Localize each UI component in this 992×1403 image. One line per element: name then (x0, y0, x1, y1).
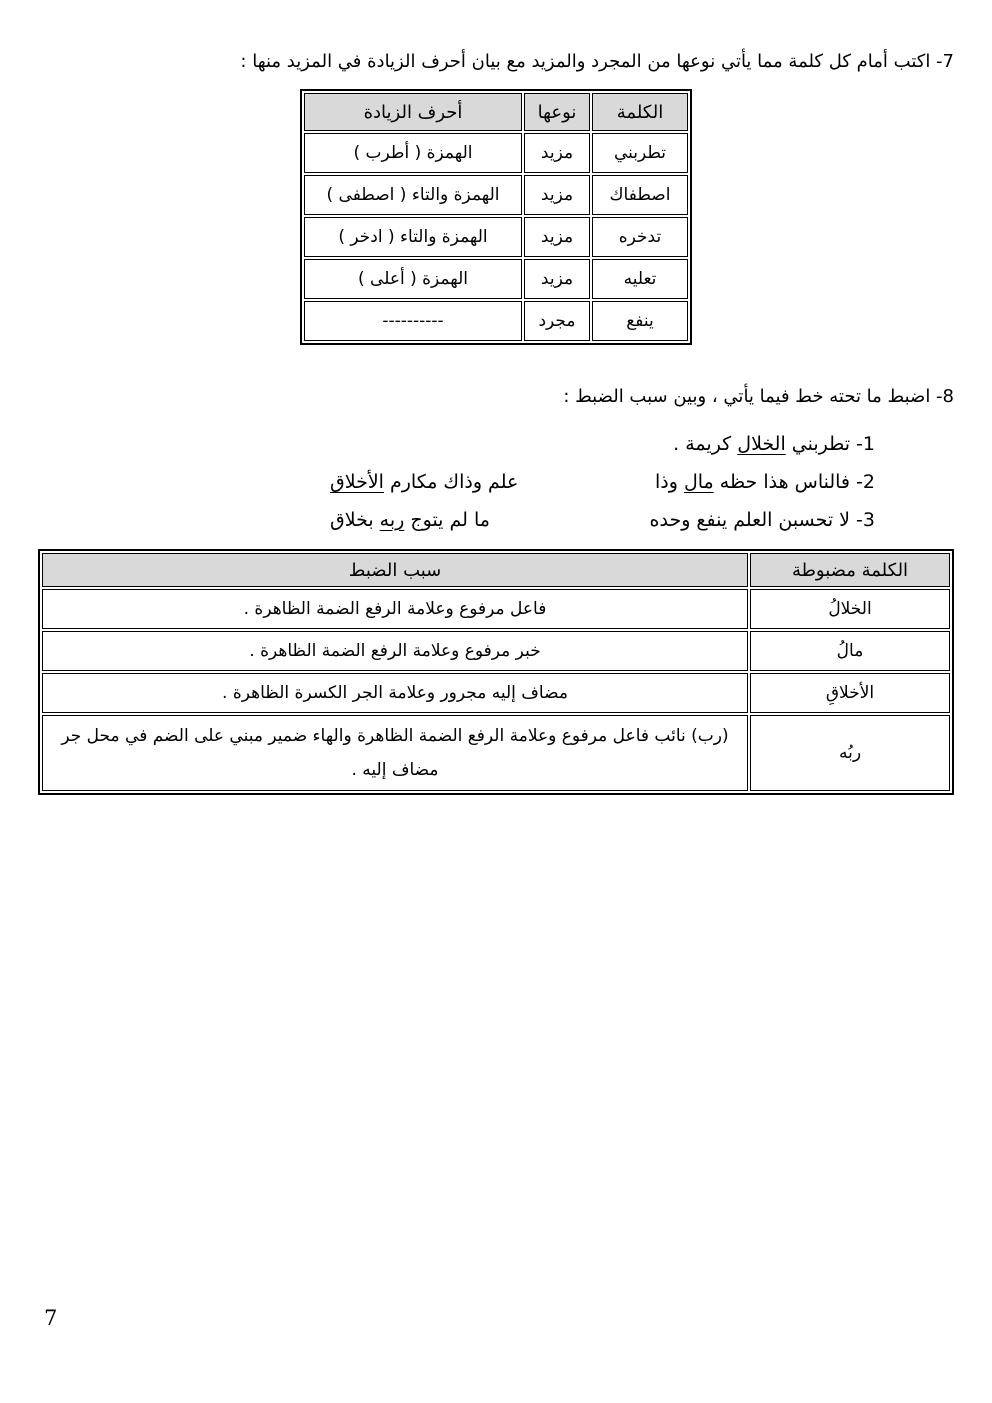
q8-verse-list: 1- تطربني الخلال كريمة . 2- فالناس هذا ح… (330, 425, 875, 539)
word-cell: اصطفاك (592, 175, 688, 215)
worksheet-page: 7- اكتب أمام كل كلمة مما يأتي نوعها من ا… (0, 0, 992, 795)
reason-cell: فاعل مرفوع وعلامة الرفع الضمة الظاهرة . (42, 589, 748, 629)
verse-text: ما لم يتوج (404, 509, 490, 531)
letters-cell: الهمزة والتاء ( ادخر ) (304, 217, 522, 257)
type-cell: مزيد (524, 259, 590, 299)
page-number: 7 (44, 1306, 57, 1330)
letters-cell: ---------- (304, 301, 522, 341)
verse-right-hemistich: 3- لا تحسبن العلم ينفع وحده (650, 501, 875, 539)
q7-morphology-table: الكلمة نوعها أحرف الزيادة تطربني مزيد ال… (300, 89, 692, 345)
verse-text: بخلاق (330, 509, 380, 531)
table-row: تدخره مزيد الهمزة والتاء ( ادخر ) (304, 217, 688, 257)
q8-header-row: الكلمة مضبوطة سبب الضبط (42, 553, 950, 587)
table-row: الأخلاقِ مضاف إليه مجرور وعلامة الجر الك… (42, 673, 950, 713)
word-cell: تعليه (592, 259, 688, 299)
word-cell: الخلالُ (750, 589, 950, 629)
verse-left-hemistich: علم وذاك مكارم الأخلاق (330, 463, 518, 501)
type-cell: مزيد (524, 133, 590, 173)
q7-header-type: نوعها (524, 93, 590, 131)
word-cell: تدخره (592, 217, 688, 257)
question-7-title: 7- اكتب أمام كل كلمة مما يأتي نوعها من ا… (38, 48, 954, 76)
verse-text: 2- فالناس هذا حظه (714, 471, 875, 493)
type-cell: مزيد (524, 217, 590, 257)
type-cell: مزيد (524, 175, 590, 215)
type-cell: مجرد (524, 301, 590, 341)
letters-cell: الهمزة ( أعلى ) (304, 259, 522, 299)
underlined-word: ربه (380, 509, 405, 531)
table-row: ينفع مجرد ---------- (304, 301, 688, 341)
underlined-word: مال (684, 471, 714, 493)
table-row: الخلالُ فاعل مرفوع وعلامة الرفع الضمة ال… (42, 589, 950, 629)
word-cell: الأخلاقِ (750, 673, 950, 713)
verse-line: 1- تطربني الخلال كريمة . (330, 425, 875, 463)
word-cell: ينفع (592, 301, 688, 341)
question-8-title: 8- اضبط ما تحته خط فيما يأتي ، وبين سبب … (38, 383, 954, 411)
verse-text: وذا (655, 471, 684, 493)
reason-cell: (رب) نائب فاعل مرفوع وعلامة الرفع الضمة … (42, 715, 748, 791)
verse-line: 3- لا تحسبن العلم ينفع وحده ما لم يتوج ر… (330, 501, 875, 539)
reason-cell: خبر مرفوع وعلامة الرفع الضمة الظاهرة . (42, 631, 748, 671)
table-row: مالُ خبر مرفوع وعلامة الرفع الضمة الظاهر… (42, 631, 950, 671)
table-row: تعليه مزيد الهمزة ( أعلى ) (304, 259, 688, 299)
verse-right-hemistich: 2- فالناس هذا حظه مال وذا (655, 463, 875, 501)
table-row: ربُه (رب) نائب فاعل مرفوع وعلامة الرفع ا… (42, 715, 950, 791)
verse-text: 3- لا تحسبن العلم ينفع وحده (650, 509, 875, 531)
letters-cell: الهمزة والتاء ( اصطفى ) (304, 175, 522, 215)
q7-header-word: الكلمة (592, 93, 688, 131)
underlined-word: الخلال (737, 433, 785, 455)
table-row: تطربني مزيد الهمزة ( أطرب ) (304, 133, 688, 173)
verse-text: كريمة . (673, 433, 737, 455)
table-row: اصطفاك مزيد الهمزة والتاء ( اصطفى ) (304, 175, 688, 215)
q8-header-word: الكلمة مضبوطة (750, 553, 950, 587)
letters-cell: الهمزة ( أطرب ) (304, 133, 522, 173)
q8-header-reason: سبب الضبط (42, 553, 748, 587)
q7-header-letters: أحرف الزيادة (304, 93, 522, 131)
underlined-word: الأخلاق (330, 471, 384, 493)
word-cell: ربُه (750, 715, 950, 791)
q8-parsing-table: الكلمة مضبوطة سبب الضبط الخلالُ فاعل مرف… (38, 549, 954, 795)
verse-text: علم وذاك مكارم (384, 471, 518, 493)
verse-right-hemistich: 1- تطربني الخلال كريمة . (673, 425, 875, 463)
verse-line: 2- فالناس هذا حظه مال وذا علم وذاك مكارم… (330, 463, 875, 501)
verse-text: 1- تطربني (786, 433, 875, 455)
word-cell: تطربني (592, 133, 688, 173)
q7-header-row: الكلمة نوعها أحرف الزيادة (304, 93, 688, 131)
verse-left-hemistich: ما لم يتوج ربه بخلاق (330, 501, 490, 539)
reason-cell: مضاف إليه مجرور وعلامة الجر الكسرة الظاه… (42, 673, 748, 713)
word-cell: مالُ (750, 631, 950, 671)
